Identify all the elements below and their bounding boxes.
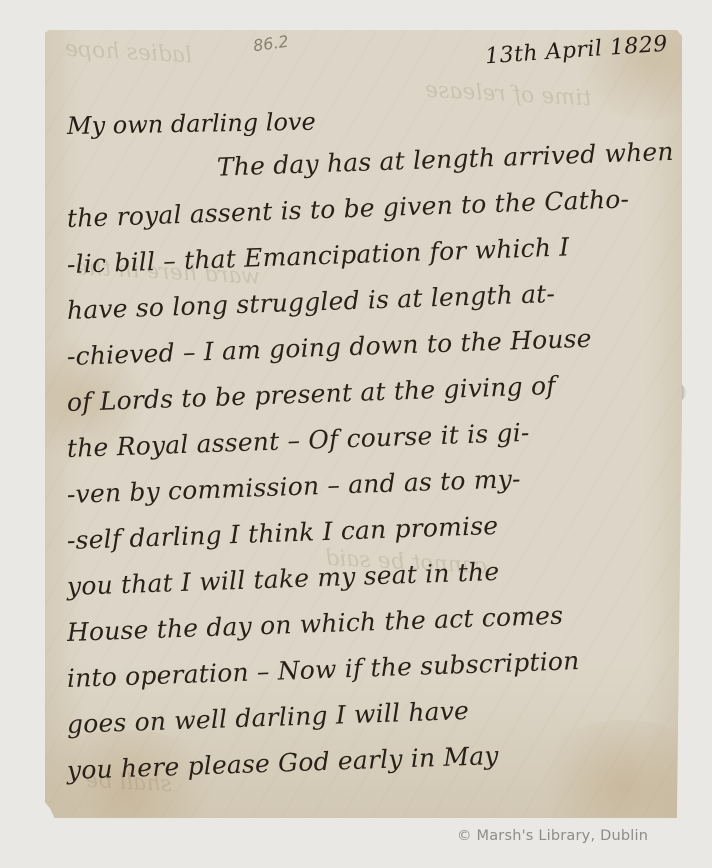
letter-date: 13th April 1829 [484,32,668,70]
letter-body: My own darling love The day has at lengt… [67,112,679,794]
ink-bleed-through: ladies hope [64,37,192,69]
copyright-credit: © Marsh's Library, Dublin [457,828,648,844]
archive-number: 86.2 [252,32,290,56]
letter-page: ladies hope time of release ward here in… [45,30,682,818]
